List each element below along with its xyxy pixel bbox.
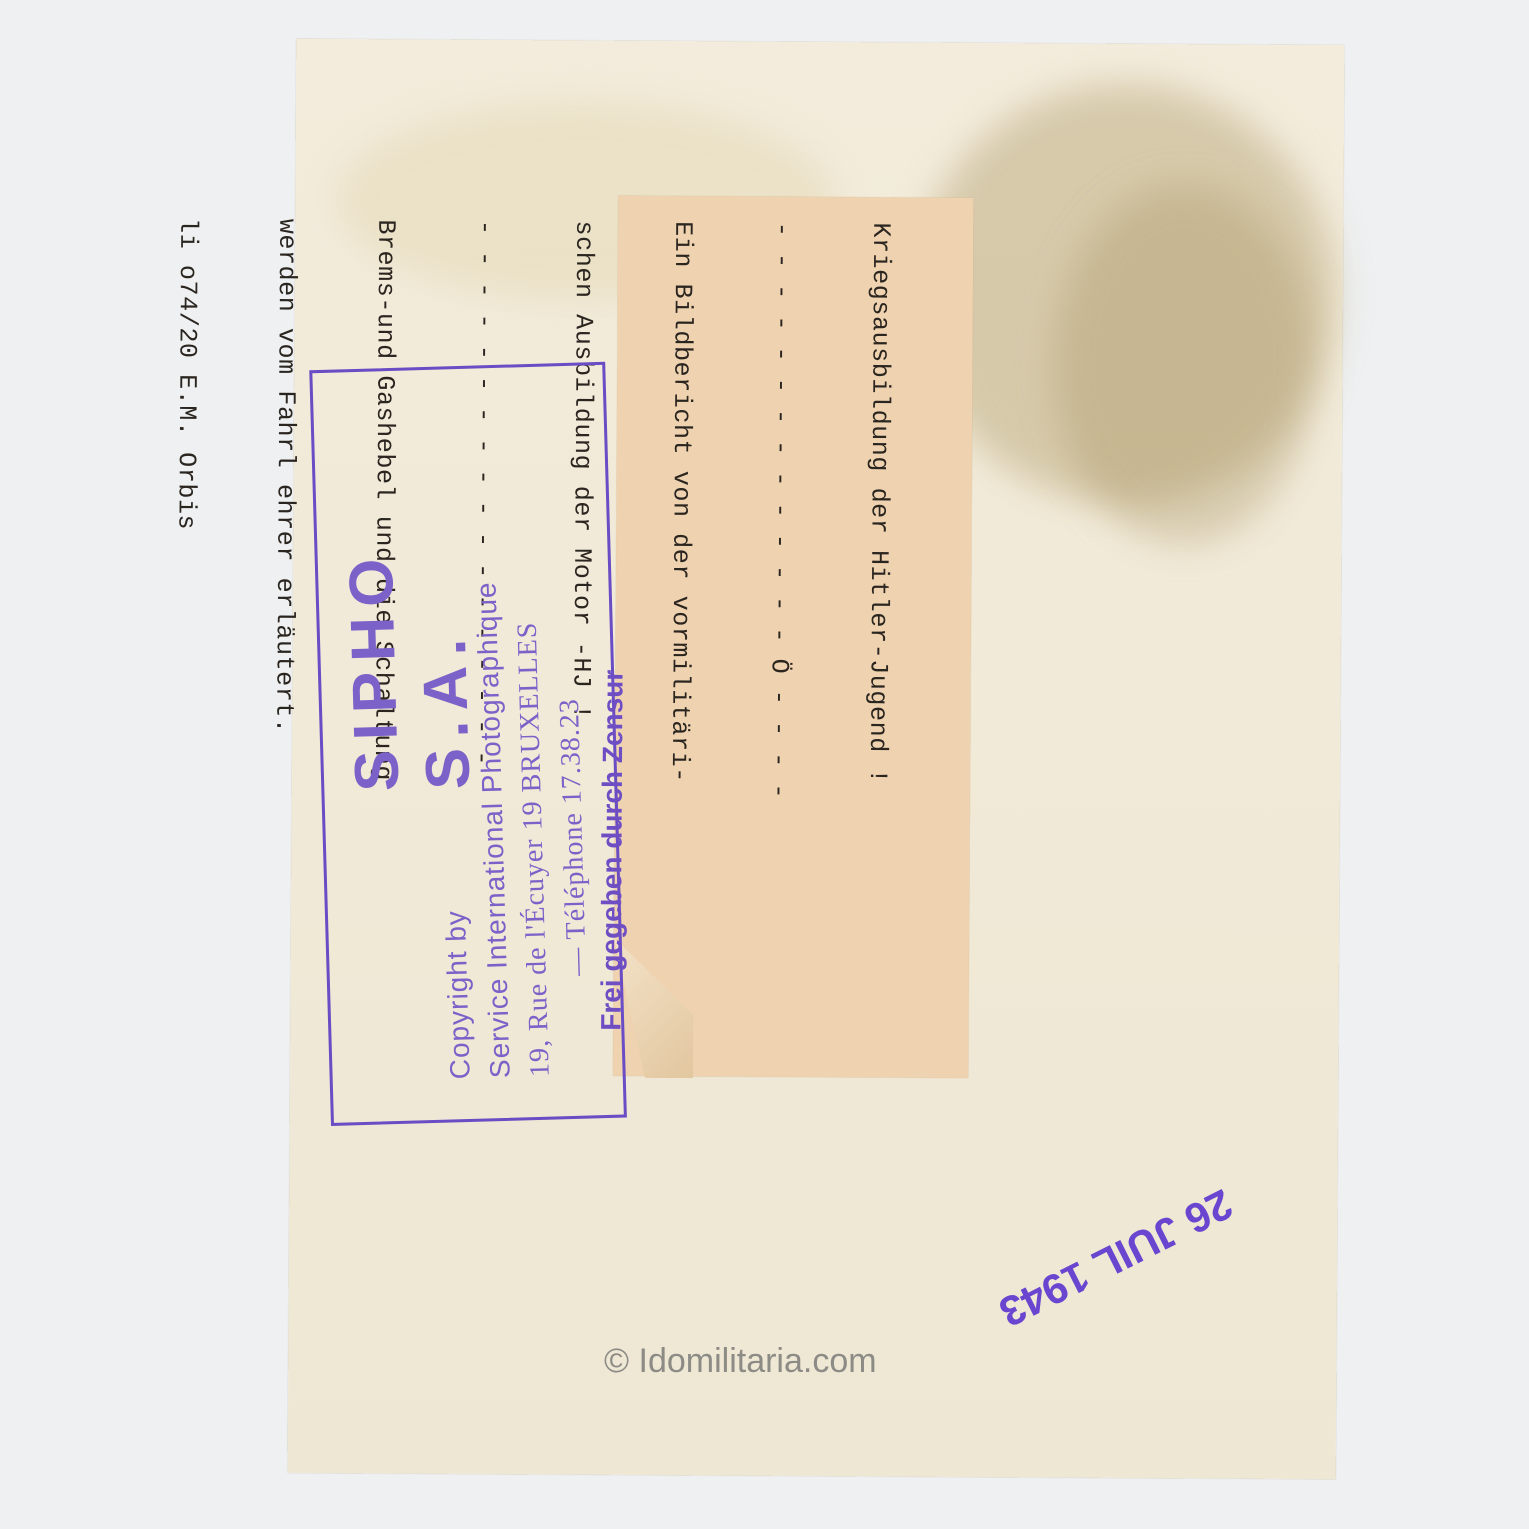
caption-line: Kriegsausbildung der Hitler-Jugend !: [859, 222, 897, 1042]
date-stamp: 26 JUIL 1943: [992, 1179, 1240, 1336]
water-stain: [1053, 183, 1315, 545]
agency-copyright-stamp: SIPHO S.A. Copyright by Service Internat…: [309, 362, 627, 1126]
stamp-brand: SIPHO S.A.: [330, 369, 484, 793]
watermark: © Idomilitaria.com: [604, 1342, 877, 1381]
stamp-line: Copyright by: [440, 910, 477, 1080]
stamp-line: 19, Rue de l'Écuyer 19 BRUXELLES: [512, 621, 557, 1077]
caption-line: li o74/20 E.M. Orbis: [166, 218, 204, 1038]
typed-caption-label: Kriegsausbildung der Hitler-Jugend ! - -…: [613, 196, 973, 1078]
caption-line: Ein Bildbericht von der vormilitäri-: [661, 221, 699, 1041]
caption-line: - - - - - - - - - - - - - - Ö - - - -: [760, 222, 798, 1042]
stamp-line: Service International Photographique: [470, 581, 516, 1078]
censor-stamp: Frei gegeben durch Zensur: [595, 511, 638, 1031]
caption-text: Kriegsausbildung der Hitler-Jugend ! - -…: [698, 221, 963, 1043]
photo-card-back: Kriegsausbildung der Hitler-Jugend ! - -…: [288, 39, 1345, 1479]
stamp-line: — Téléphone 17.38.23: [554, 698, 594, 976]
caption-line: werden vom Fahrl ehrer erläutert.: [265, 219, 303, 1039]
